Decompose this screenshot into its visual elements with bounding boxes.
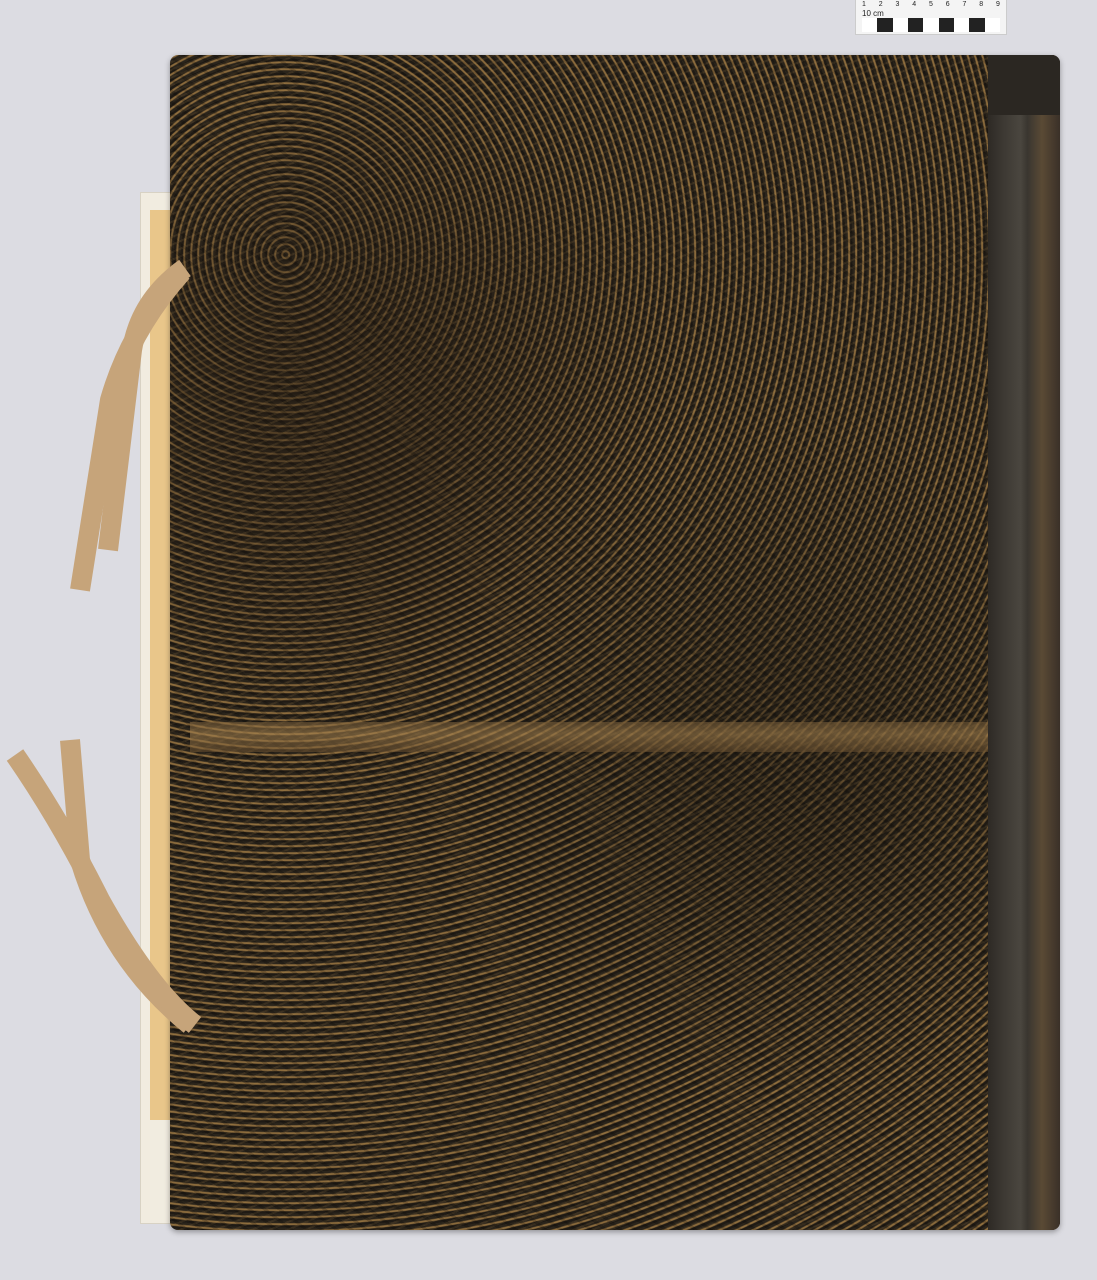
scale-ticks: 1 2 3 4 5 6 7 8 9 xyxy=(862,1,1006,8)
tick-label: 1 xyxy=(862,1,866,8)
marbled-cover xyxy=(170,55,1060,1230)
tick-label: 2 xyxy=(879,1,883,8)
cloth-ties-icon xyxy=(0,0,260,1280)
scale-label: 10 cm xyxy=(862,9,884,18)
scale-bar: 1 2 3 4 5 6 7 8 9 10 cm xyxy=(855,0,1007,35)
tick-label: 5 xyxy=(929,1,933,8)
scale-checker xyxy=(862,18,1000,32)
tick-label: 7 xyxy=(963,1,967,8)
tick-label: 8 xyxy=(979,1,983,8)
spine-top xyxy=(988,55,1060,115)
tick-label: 4 xyxy=(912,1,916,8)
tick-label: 3 xyxy=(896,1,900,8)
tick-label: 6 xyxy=(946,1,950,8)
cover-fold-line xyxy=(190,722,998,752)
tick-label: 9 xyxy=(996,1,1000,8)
leather-spine xyxy=(988,55,1060,1230)
